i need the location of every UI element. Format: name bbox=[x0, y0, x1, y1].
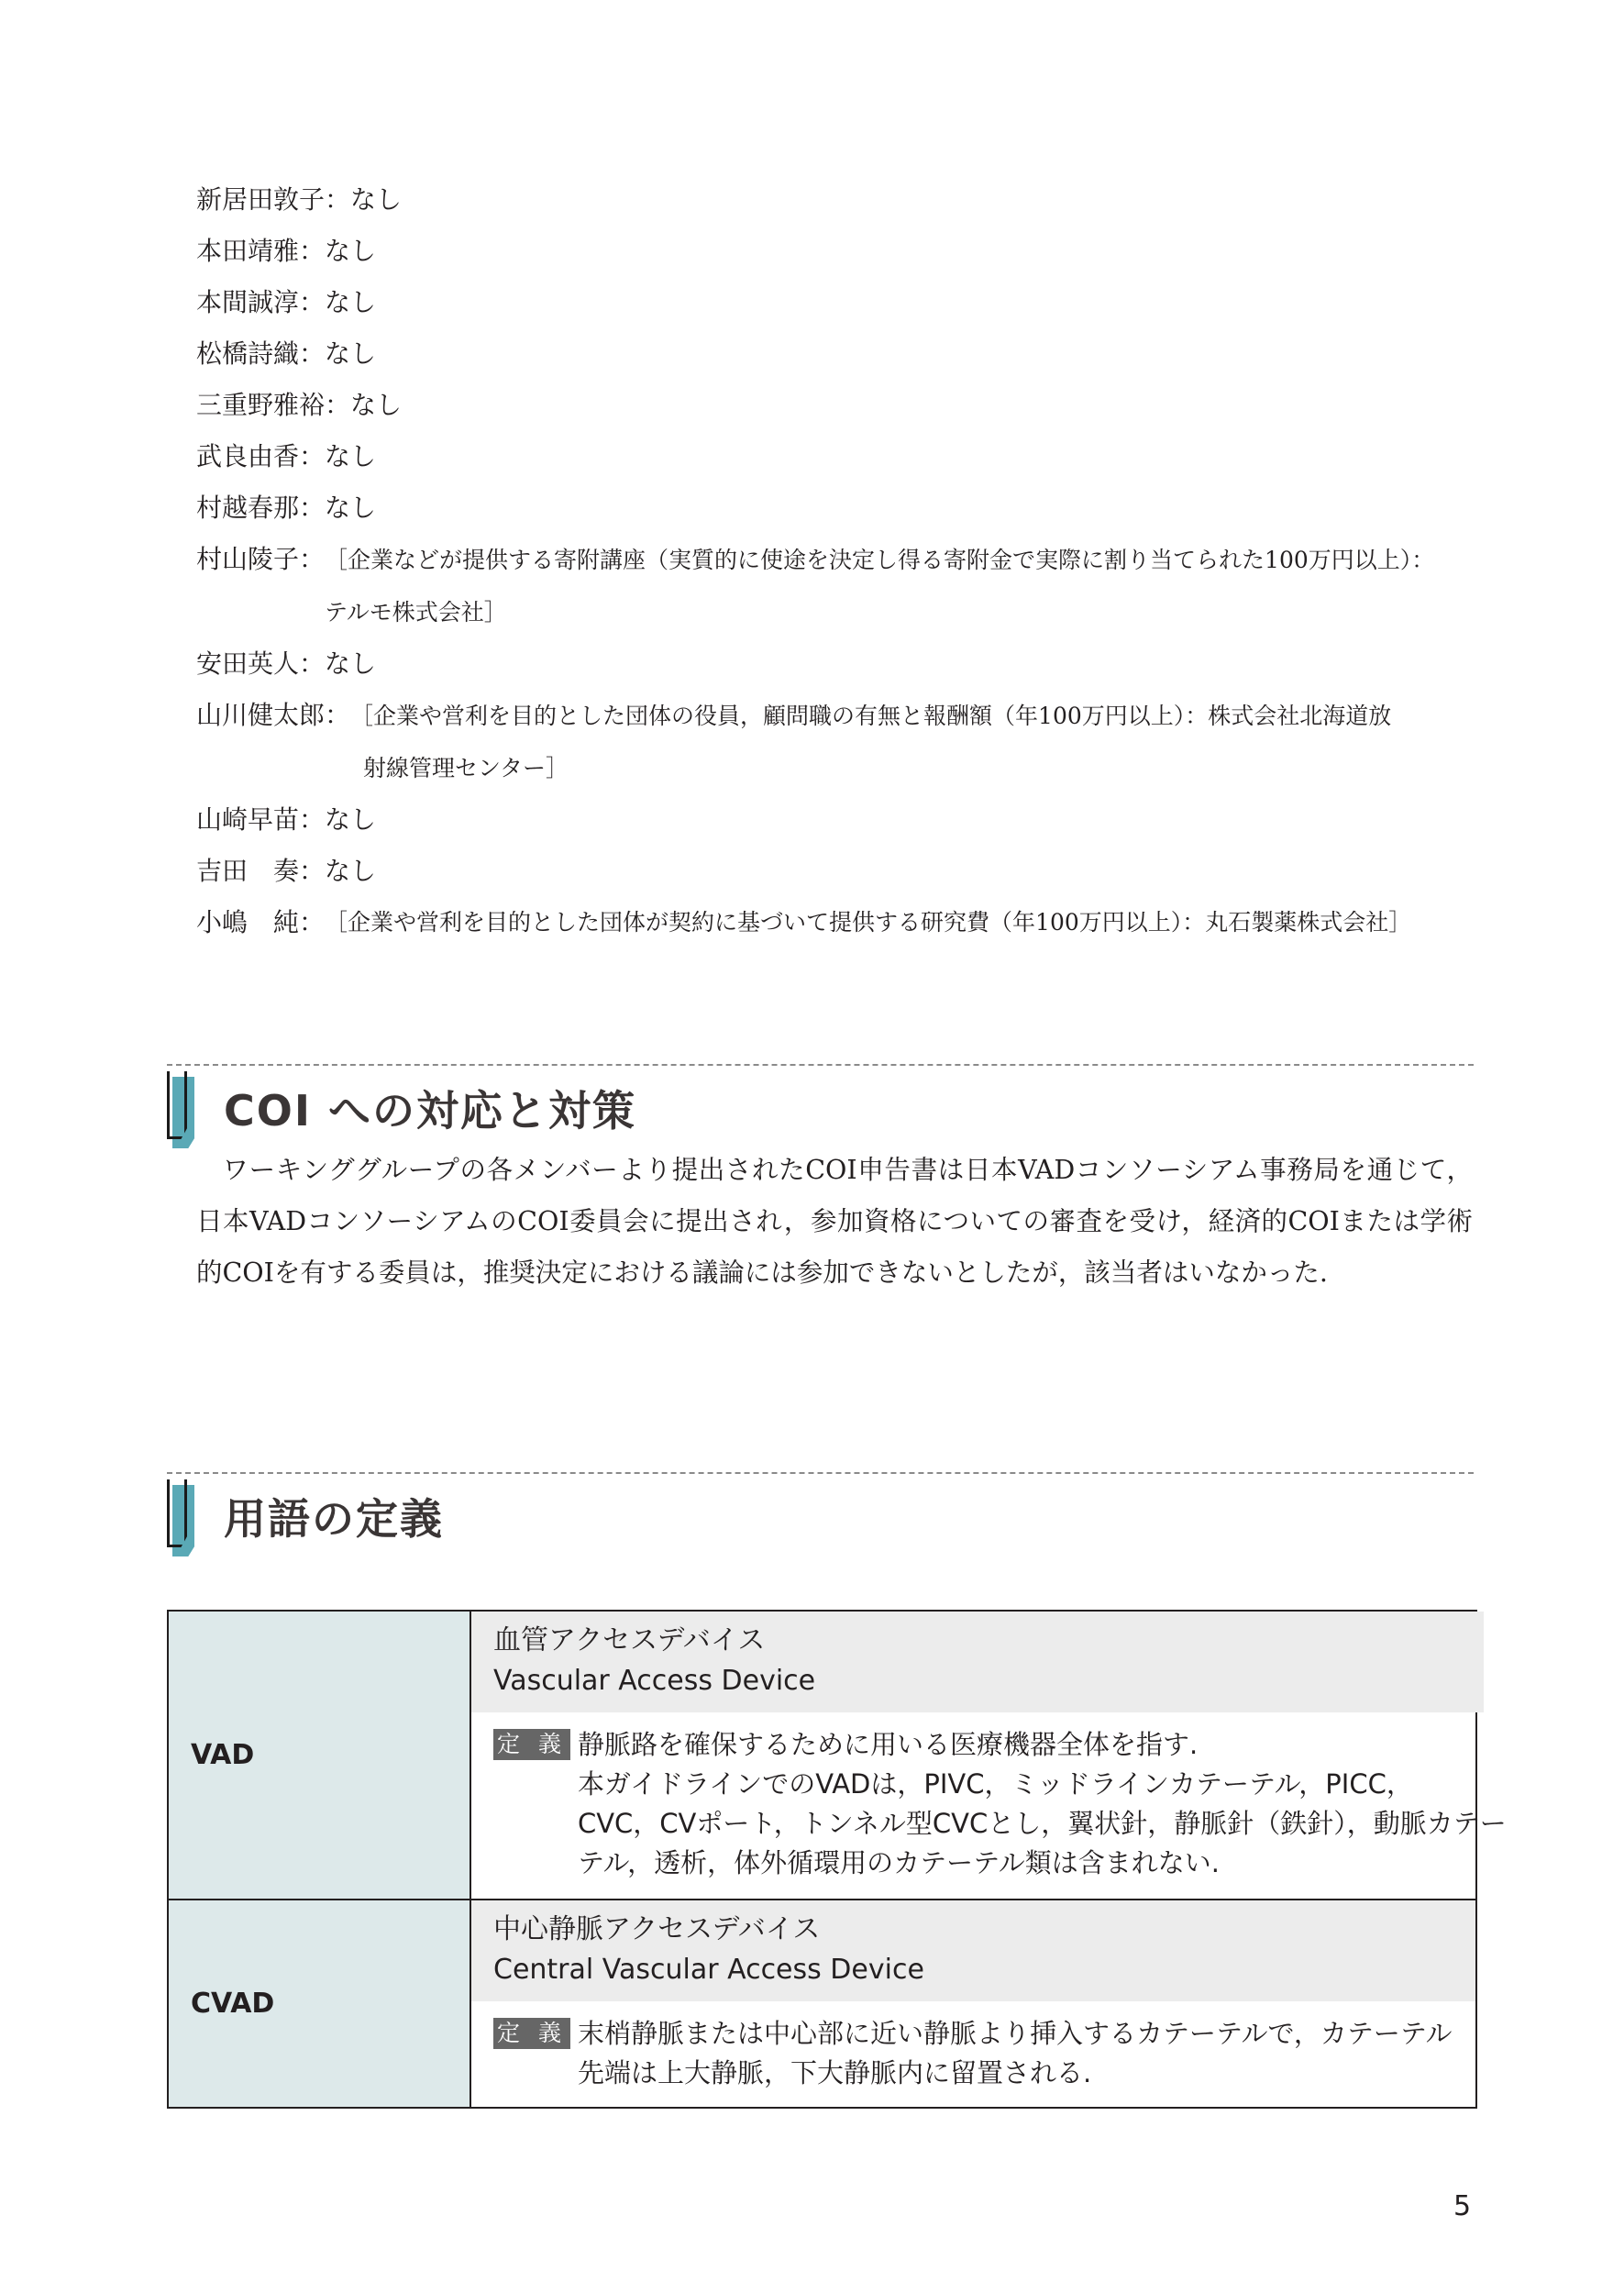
coi-status: なし bbox=[325, 431, 1453, 482]
member-name: 三重野雅裕 bbox=[196, 380, 325, 431]
member-name: 武良由香 bbox=[196, 431, 299, 482]
separator: ： bbox=[325, 380, 350, 431]
coi-entry: 山川健太郎：［企業や営利を目的とした団体の役員，顧問職の有無と報酬額（年100万… bbox=[196, 690, 1480, 794]
coi-entry: 新居田敦子：なし bbox=[196, 174, 1480, 226]
separator: ： bbox=[299, 846, 325, 897]
separator: ： bbox=[299, 431, 325, 482]
coi-status-line: 射線管理センター］ bbox=[350, 755, 569, 781]
term-name-header: 中心静脈アクセスデバイス Central Vascular Access Dev… bbox=[471, 1900, 1475, 2001]
section-divider bbox=[167, 1064, 1474, 1066]
coi-entry: 本田靖雅：なし bbox=[196, 226, 1480, 277]
coi-status-line: テルモ株式会社］ bbox=[325, 599, 507, 626]
definition-line: 本ガイドラインでのVADは，PIVC，ミッドラインカテーテル，PICC， bbox=[578, 1765, 1507, 1804]
definition-line: テル，透析，体外循環用のカテーテル類は含まれない. bbox=[578, 1844, 1507, 1883]
heading-bookmark-icon bbox=[167, 1071, 200, 1145]
section-title: COI への対応と対策 bbox=[224, 1078, 636, 1138]
definition-cell: 中心静脈アクセスデバイス Central Vascular Access Dev… bbox=[471, 1900, 1475, 2107]
coi-status: ［企業や営利を目的とした団体が契約に基づいて提供する研究費（年100万円以上）：… bbox=[325, 897, 1453, 948]
definition-line: 静脈路を確保するために用いる医療機器全体を指す. bbox=[578, 1725, 1507, 1765]
coi-entry: 吉田 奏：なし bbox=[196, 846, 1480, 897]
coi-status: ［企業などが提供する寄附講座（実質的に使途を決定し得る寄附金で実際に割り当てられ… bbox=[325, 534, 1453, 638]
definitions-table: VAD 血管アクセスデバイス Vascular Access Device 定 … bbox=[167, 1610, 1477, 2109]
definition-text: 静脈路を確保するために用いる医療機器全体を指す. 本ガイドラインでのVADは，P… bbox=[578, 1725, 1507, 1883]
term-name-en: Central Vascular Access Device bbox=[493, 1950, 1457, 1990]
coi-status: なし bbox=[325, 638, 1453, 690]
definition-line: CVC，CVポート，トンネル型CVCとし，翼状針，静脈針（鉄針），動脈カテー bbox=[578, 1804, 1507, 1844]
coi-status: なし bbox=[325, 846, 1453, 897]
coi-entry: 山崎早苗：なし bbox=[196, 794, 1480, 846]
member-name: 新居田敦子 bbox=[196, 174, 325, 226]
separator: ： bbox=[299, 794, 325, 846]
paragraph-text: ワーキンググループの各メンバーより提出されたCOI申告書は日本VADコンソーシア… bbox=[196, 1145, 1473, 1299]
term-name-ja: 中心静脈アクセスデバイス bbox=[493, 1910, 1457, 1950]
member-name: 山崎早苗 bbox=[196, 794, 299, 846]
coi-entry: 武良由香：なし bbox=[196, 431, 1480, 482]
coi-status: なし bbox=[350, 380, 1478, 431]
coi-status: なし bbox=[325, 226, 1453, 277]
coi-status: なし bbox=[325, 277, 1453, 328]
term-cell: CVAD bbox=[169, 1900, 471, 2107]
coi-status: なし bbox=[325, 482, 1453, 534]
term-name-en: Vascular Access Device bbox=[493, 1661, 1465, 1701]
separator: ： bbox=[299, 277, 325, 328]
section-heading-coi-response: COI への対応と対策 bbox=[167, 1071, 636, 1145]
page-number: 5 bbox=[1453, 2190, 1471, 2222]
separator: ： bbox=[299, 534, 325, 638]
definition-cell: 血管アクセスデバイス Vascular Access Device 定 義 静脈… bbox=[471, 1612, 1484, 1899]
coi-response-paragraph: ワーキンググループの各メンバーより提出されたCOI申告書は日本VADコンソーシア… bbox=[196, 1145, 1473, 1299]
separator: ： bbox=[299, 226, 325, 277]
separator: ： bbox=[325, 690, 350, 794]
separator: ： bbox=[299, 638, 325, 690]
definition-line: 末梢静脈または中心部に近い静脈より挿入するカテーテルで，カテーテル bbox=[578, 2014, 1453, 2054]
definition-content: 定 義 静脈路を確保するために用いる医療機器全体を指す. 本ガイドラインでのVA… bbox=[471, 1712, 1484, 1903]
definition-line: 先端は上大静脈，下大静脈内に留置される. bbox=[578, 2054, 1453, 2093]
definition-badge: 定 義 bbox=[493, 1729, 570, 1760]
separator: ： bbox=[325, 174, 350, 226]
term-name-ja: 血管アクセスデバイス bbox=[493, 1621, 1465, 1661]
definition-content: 定 義 末梢静脈または中心部に近い静脈より挿入するカテーテルで，カテーテル 先端… bbox=[471, 2001, 1475, 2113]
coi-entry: 村山陵子：［企業などが提供する寄附講座（実質的に使途を決定し得る寄附金で実際に割… bbox=[196, 534, 1480, 638]
coi-status: なし bbox=[325, 328, 1453, 380]
separator: ： bbox=[299, 482, 325, 534]
term-name-header: 血管アクセスデバイス Vascular Access Device bbox=[471, 1612, 1484, 1712]
member-name: 村山陵子 bbox=[196, 534, 299, 638]
member-name: 安田英人 bbox=[196, 638, 299, 690]
coi-status: なし bbox=[350, 174, 1478, 226]
definition-row: VAD 血管アクセスデバイス Vascular Access Device 定 … bbox=[169, 1612, 1475, 1900]
coi-status: ［企業や営利を目的とした団体の役員，顧問職の有無と報酬額（年100万円以上）：株… bbox=[350, 690, 1451, 794]
term-cell: VAD bbox=[169, 1612, 471, 1899]
separator: ： bbox=[299, 328, 325, 380]
member-name: 村越春那 bbox=[196, 482, 299, 534]
separator: ： bbox=[299, 897, 325, 948]
coi-entry: 松橋詩織：なし bbox=[196, 328, 1480, 380]
coi-entry: 村越春那：なし bbox=[196, 482, 1480, 534]
definition-text: 末梢静脈または中心部に近い静脈より挿入するカテーテルで，カテーテル 先端は上大静… bbox=[578, 2014, 1453, 2093]
heading-bookmark-icon bbox=[167, 1479, 200, 1553]
coi-entry: 三重野雅裕：なし bbox=[196, 380, 1480, 431]
member-name: 本間誠淳 bbox=[196, 277, 299, 328]
coi-status: なし bbox=[325, 794, 1453, 846]
member-name: 吉田 奏 bbox=[196, 846, 299, 897]
section-divider bbox=[167, 1472, 1474, 1474]
definition-badge: 定 義 bbox=[493, 2018, 570, 2049]
coi-entry: 本間誠淳：なし bbox=[196, 277, 1480, 328]
coi-disclosure-list: 新居田敦子：なし 本田靖雅：なし 本間誠淳：なし 松橋詩織：なし 三重野雅裕：な… bbox=[196, 174, 1480, 948]
member-name: 山川健太郎 bbox=[196, 690, 325, 794]
coi-entry: 小嶋 純：［企業や営利を目的とした団体が契約に基づいて提供する研究費（年100万… bbox=[196, 897, 1480, 948]
section-title: 用語の定義 bbox=[224, 1486, 444, 1546]
member-name: 小嶋 純 bbox=[196, 897, 299, 948]
coi-status-line: ［企業などが提供する寄附講座（実質的に使途を決定し得る寄附金で実際に割り当てられ… bbox=[325, 547, 1434, 573]
definition-row: CVAD 中心静脈アクセスデバイス Central Vascular Acces… bbox=[169, 1900, 1475, 2107]
member-name: 松橋詩織 bbox=[196, 328, 299, 380]
coi-status-line: ［企業や営利を目的とした団体の役員，顧問職の有無と報酬額（年100万円以上）：株… bbox=[350, 703, 1391, 729]
member-name: 本田靖雅 bbox=[196, 226, 299, 277]
section-heading-definitions: 用語の定義 bbox=[167, 1479, 444, 1553]
coi-entry: 安田英人：なし bbox=[196, 638, 1480, 690]
